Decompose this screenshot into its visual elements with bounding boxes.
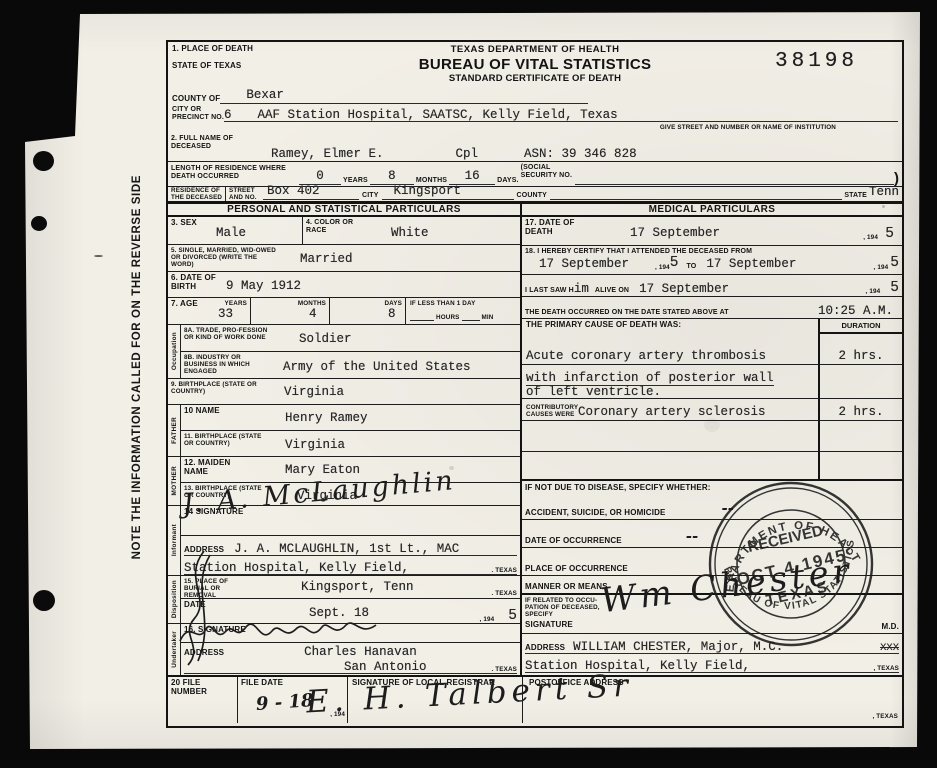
primary-cause-header-row: THE PRIMARY CAUSE OF DEATH WAS: DURATION: [522, 319, 902, 334]
burial-year-value: 5: [508, 609, 517, 624]
res-city-value: Kingsport: [394, 184, 462, 198]
medical-section-title: MEDICAL PARTICULARS: [522, 204, 902, 215]
undertaker-signature: [174, 615, 384, 647]
certify-y1-value: 5: [670, 256, 679, 271]
burial-year-label: , 194: [480, 616, 495, 623]
age-years-cell: 7. AGE YEARS 33: [168, 298, 250, 324]
marital-value: Married: [300, 253, 353, 266]
father-birthplace-value: Virginia: [285, 439, 345, 452]
father-name-value: Henry Ramey: [285, 412, 368, 425]
death-date-value: 17 September: [630, 227, 720, 240]
res-state-value: Tenn: [869, 185, 899, 199]
birth-date-value: 9 May 1912: [226, 280, 301, 293]
footer-state-label: , TEXAS: [872, 713, 898, 720]
certify-label: 18. I HEREBY CERTIFY THAT I ATTENDED THE…: [525, 247, 899, 256]
birthplace-row: 9. BIRTHPLACE (STATE OR COUNTRY) Virgini…: [168, 379, 520, 405]
blank-cause-row: [522, 421, 902, 452]
file-date-label: FILE DATE: [241, 679, 283, 688]
residence-row: RESIDENCE OF THE DECEASED STREET AND NO.…: [168, 187, 902, 203]
secondary-cause-line1: with infarction of posterior wall: [526, 372, 774, 386]
death-certificate-form: 1. PLACE OF DEATH STATE OF TEXAS TEXAS D…: [166, 40, 904, 728]
informant-address-line1: ADDRESS J. A. MCLAUGHLIN, 1st Lt., MAC: [184, 536, 517, 556]
primary-cause-value: Acute coronary artery thrombosis: [526, 350, 766, 363]
ssn-field: [575, 184, 894, 185]
county-value: Bexar: [246, 88, 284, 102]
death-year-value: 5: [885, 227, 894, 242]
res-city-label: CITY: [362, 192, 379, 200]
birthplace-value: Virginia: [284, 386, 344, 399]
death-time-label: THE DEATH OCCURRED ON THE DATE STATED AB…: [525, 309, 729, 317]
last-saw-date: 17 September: [639, 283, 729, 296]
city-precinct-value: AAF Station Hospital, SAATSC, Kelly Fiel…: [258, 109, 618, 122]
physician-state-label: , TEXAS: [873, 665, 899, 672]
hours-field: [410, 320, 434, 321]
physician-signature-label: SIGNATURE: [525, 621, 573, 630]
city-precinct-field: 6 AAF Station Hospital, SAATSC, Kelly Fi…: [224, 109, 898, 123]
ssn-label: (SOCIAL SECURITY NO.: [521, 163, 575, 180]
blank-duration-cell: [818, 421, 902, 451]
age-less-cell: IF LESS THAN 1 DAY HOURS MIN: [405, 298, 520, 324]
blank-cause-field: [522, 452, 818, 479]
marital-row: 5. SINGLE, MARRIED, WID-OWED OR DIVORCED…: [168, 245, 520, 272]
primary-cause-row: Acute coronary artery thrombosis 2 hrs.: [522, 334, 902, 365]
contributory-label: CONTRIBUTORY CAUSES WERE: [526, 404, 578, 418]
last-saw-year: 5: [890, 281, 899, 296]
death-time-row: THE DEATH OCCURRED ON THE DATE STATED AB…: [522, 297, 902, 319]
primary-cause-label: THE PRIMARY CAUSE OF DEATH WAS:: [522, 319, 818, 334]
min-label: MIN: [482, 314, 494, 321]
undertaker-address-line2: San Antonio . TEXAS: [184, 658, 517, 674]
secondary-duration-cell: [818, 365, 902, 398]
scanned-certificate: NOTE THE INFORMATION CALLED FOR ON THE R…: [0, 0, 937, 768]
reverse-side-note-text: NOTE THE INFORMATION CALLED FOR ON THE R…: [131, 175, 143, 559]
age-years-value: 33: [218, 308, 233, 321]
age-months-cell: MONTHS 4: [250, 298, 329, 324]
street-caption: GIVE STREET AND NUMBER OR NAME OF INSTIT…: [168, 122, 902, 131]
hours-label: HOURS: [436, 314, 460, 321]
section-headers: PERSONAL AND STATISTICAL PARTICULARS MED…: [168, 203, 902, 217]
contributory-duration-value: 2 hrs.: [838, 406, 883, 419]
residence-length-label: LENGTH OF RESIDENCE WHERE DEATH OCCURRED: [171, 163, 299, 181]
contributory-value: Coronary artery sclerosis: [578, 406, 766, 419]
certify-to-label: TO: [686, 263, 696, 271]
last-saw-pre-label: I LAST SAW H: [525, 287, 574, 295]
primary-duration-value: 2 hrs.: [838, 350, 883, 363]
death-year-label: , 194: [863, 234, 878, 241]
street-value: Box 402: [267, 184, 320, 198]
res-county-label: COUNTY: [517, 192, 547, 200]
street-no-label: STREET AND NO.: [225, 187, 263, 201]
manner-label: MANNER OR MEANS: [525, 583, 608, 592]
punch-hole: [33, 590, 55, 611]
trade-label: 8A. TRADE, PRO-FESSION OR KIND OF WORK D…: [184, 326, 272, 350]
occurrence-date-label: DATE OF OCCURRENCE: [525, 537, 622, 546]
sex-race-row: 3. SEX Male 4. COLOR OR RACE White: [168, 217, 520, 245]
industry-label: 8B. INDUSTRY OR BUSINESS IN WHICH ENGAGE…: [184, 353, 272, 378]
county-row: COUNTY OF Bexar: [168, 86, 902, 104]
father-group: FATHER 10 NAME Henry Ramey 11. BIRTHPLAC…: [168, 405, 520, 457]
age-less-label: IF LESS THAN 1 DAY: [410, 300, 475, 307]
personal-section-title: PERSONAL AND STATISTICAL PARTICULARS: [168, 204, 522, 215]
contributory-row: CONTRIBUTORY CAUSES WERE Coronary artery…: [522, 399, 902, 421]
personal-column: 3. SEX Male 4. COLOR OR RACE White 5. SI…: [168, 217, 522, 675]
state-of-texas-label: STATE OF TEXAS: [172, 62, 253, 71]
physician-address-label: ADDRESS: [525, 644, 565, 653]
informant-address-line2: Station Hospital, Kelly Field, . TEXAS: [184, 556, 517, 575]
informant-state-label: . TEXAS: [491, 567, 517, 574]
father-birthplace-label: 11. BIRTHPLACE (STATE OR COUNTRY): [184, 432, 272, 456]
res-city-field: Kingsport: [382, 181, 514, 200]
file-number-label: 20 FILE NUMBER: [171, 679, 237, 697]
res-state-field: Tenn: [869, 182, 899, 200]
birth-date-row: 6. DATE OF BIRTH 9 May 1912: [168, 272, 520, 298]
sex-label: 3. SEX: [171, 219, 197, 228]
age-row: 7. AGE YEARS 33 MONTHS 4 DAYS 8 IF LESS …: [168, 298, 520, 325]
trade-value: Soldier: [299, 333, 352, 346]
birthplace-label: 9. BIRTHPLACE (STATE OR COUNTRY): [171, 380, 259, 403]
industry-row: 8B. INDUSTRY OR BUSINESS IN WHICH ENGAGE…: [181, 352, 520, 379]
certify-row: 18. I HEREBY CERTIFY THAT I ATTENDED THE…: [522, 246, 902, 275]
age-months-value: 4: [309, 308, 317, 321]
father-side-strip: FATHER: [168, 405, 181, 456]
informant-address1-value: J. A. MCLAUGHLIN, 1st Lt., MAC: [234, 543, 459, 556]
deceased-asn: ASN: 39 346 828: [524, 148, 637, 161]
res-state-label: STATE: [844, 192, 867, 200]
burial-place-value: Kingsport, Tenn: [301, 581, 414, 594]
sex-value: Male: [216, 227, 246, 240]
undertaker-address2-value: San Antonio: [344, 661, 427, 674]
undertaker-address-rows: ADDRESS Charles Hanavan San Antonio . TE…: [181, 643, 520, 675]
last-saw-him: im: [574, 283, 589, 296]
city-precinct-label: CITY OR PRECINCT NO.: [172, 106, 224, 122]
county-field: Bexar: [220, 85, 588, 104]
trade-row: 8A. TRADE, PRO-FESSION OR KIND OF WORK D…: [181, 325, 520, 352]
occupation-side-label: Occupation: [171, 332, 178, 370]
certify-y2-label: , 194: [874, 264, 889, 271]
last-saw-year-label: , 194: [866, 288, 881, 295]
mother-name-label: 12. MAIDEN NAME: [184, 458, 244, 481]
age-months-label: MONTHS: [298, 300, 326, 307]
precinct-number: 6: [224, 109, 232, 122]
form-header: 1. PLACE OF DEATH STATE OF TEXAS TEXAS D…: [168, 42, 902, 86]
street-field: Box 402: [263, 181, 359, 200]
father-name-label: 10 NAME: [184, 406, 220, 429]
father-name-row: 10 NAME Henry Ramey: [181, 405, 520, 431]
res-county-field: [550, 199, 842, 200]
race-value: White: [391, 227, 429, 240]
city-precinct-row: CITY OR PRECINCT NO. 6 AAF Station Hospi…: [168, 104, 902, 132]
race-cell: 4. COLOR OR RACE White: [302, 217, 520, 244]
age-label: 7. AGE: [171, 300, 198, 309]
certify-to-value: 17 September: [706, 258, 796, 271]
sex-cell: 3. SEX Male: [168, 217, 302, 244]
punch-hole: [33, 151, 54, 171]
contributory-duration-cell: 2 hrs.: [818, 399, 902, 420]
disposition-flourish: [170, 547, 222, 669]
accident-label: ACCIDENT, SUICIDE, OR HOMICIDE: [525, 509, 666, 518]
deceased-name: Ramey, Elmer E.: [271, 148, 384, 161]
undertaker-address1-value: Charles Hanavan: [304, 646, 417, 659]
secondary-cause-line2: of left ventricle.: [526, 386, 814, 399]
race-label: 4. COLOR OR RACE: [306, 219, 354, 235]
father-side-label: FATHER: [171, 417, 178, 444]
certify-from-value: 17 September: [539, 258, 629, 271]
min-field: [462, 320, 480, 321]
blank-cause-field: [522, 421, 818, 451]
burial-place-row: 15. PLACE OF BURIAL OR REMOVAL Kingsport…: [181, 576, 520, 599]
occupation-group: Occupation 8A. TRADE, PRO-FESSION OR KIN…: [168, 325, 520, 379]
place-of-death-label: 1. PLACE OF DEATH: [172, 45, 253, 54]
reverse-side-note: NOTE THE INFORMATION CALLED FOR ON THE R…: [124, 146, 150, 588]
death-date-row: 17. DATE OF DEATH 17 September , 194 5: [522, 217, 902, 246]
primary-duration-cell: 2 hrs.: [818, 334, 902, 364]
county-label: COUNTY OF: [172, 95, 220, 104]
age-days-label: DAYS: [384, 300, 402, 307]
full-name-field: Ramey, Elmer E. Cpl ASN: 39 346 828: [243, 148, 899, 161]
secondary-cause-row: with infarction of posterior wall of lef…: [522, 365, 902, 399]
deceased-rank: Cpl: [456, 148, 479, 161]
certify-y2-value: 5: [890, 256, 899, 271]
marital-label: 5. SINGLE, MARRIED, WID-OWED OR DIVORCED…: [171, 246, 279, 270]
age-days-cell: DAYS 8: [329, 298, 405, 324]
certify-y1-label: , 194: [655, 264, 670, 271]
occurrence-place-label: PLACE OF OCCURRENCE: [525, 565, 628, 574]
age-years-label: YEARS: [225, 300, 247, 307]
violence-header-label: IF NOT DUE TO DISEASE, SPECIFY WHETHER:: [525, 482, 711, 495]
certificate-number: 38198: [775, 51, 858, 72]
punch-hole: [31, 216, 47, 231]
physician-address-rows: ADDRESS WILLIAM CHESTER, Major, M.C. XXX…: [522, 634, 902, 675]
duration-header: DURATION: [818, 319, 902, 334]
physician-address2-value: Station Hospital, Kelly Field,: [525, 660, 750, 673]
last-saw-post-label: ALIVE ON: [595, 287, 629, 295]
file-number-cell: 20 FILE NUMBER: [168, 677, 238, 723]
birth-date-label: 6. DATE OF BIRTH: [171, 273, 223, 296]
death-time-value: 10:25 A.M.: [818, 305, 893, 318]
death-date-label: 17. DATE OF DEATH: [525, 218, 577, 244]
scan-speck: [94, 255, 103, 257]
full-name-label: 2. FULL NAME OF DECEASED: [171, 133, 243, 151]
occupation-side-strip: Occupation: [168, 325, 181, 378]
undertaker-state-label: . TEXAS: [491, 666, 517, 673]
industry-value: Army of the United States: [283, 361, 471, 374]
dept-title-line3: STANDARD CERTIFICATE OF DEATH: [168, 74, 902, 85]
full-name-row: 2. FULL NAME OF DECEASED Ramey, Elmer E.…: [168, 132, 902, 162]
mother-side-label: MOTHER: [171, 466, 178, 496]
mother-side-strip: MOTHER: [168, 457, 181, 505]
father-birthplace-row: 11. BIRTHPLACE (STATE OR COUNTRY) Virgin…: [181, 431, 520, 457]
burial-state-label: . TEXAS: [491, 590, 517, 597]
last-saw-row: I LAST SAW H im ALIVE ON 17 September , …: [522, 275, 902, 297]
informant-address-rows: ADDRESS J. A. MCLAUGHLIN, 1st Lt., MAC S…: [181, 536, 520, 576]
residence-of-label: RESIDENCE OF THE DECEASED: [171, 187, 225, 201]
strikeout-marks: XXX: [880, 643, 899, 654]
age-days-value: 8: [388, 308, 396, 321]
registrar-footer: 20 FILE NUMBER FILE DATE 9 - 18 , 194 SI…: [168, 675, 902, 723]
